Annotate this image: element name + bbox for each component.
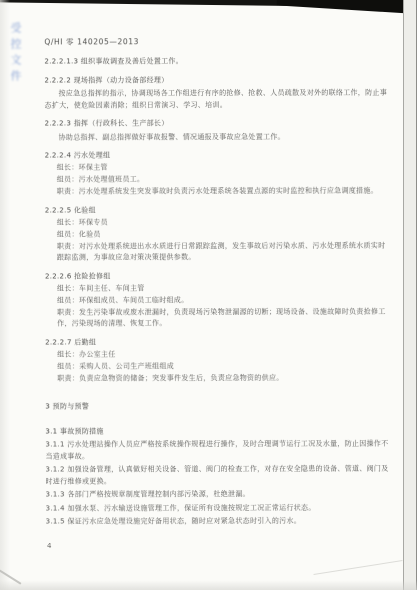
doc-line-num: 3.1.5 保证污水应急处理设施完好备用状态，随时应对紧急状态时引入的污水。 [46,516,393,528]
doc-line-p: 协助总指挥、副总指挥做好事故报警、情况通报及事故应急处置工作。 [45,131,392,143]
doc-line-li: 职责：污水处理系统发生突发事故时负责污水处理系统各装置点源的实时监控和执行应急调… [57,186,392,198]
doc-lines: 2.2.2.1.3 组织事故调查及善后处置工作。2.2.2.2 现场指挥（动力设… [44,56,392,528]
document-body: Q/HI 零 140205—2013 2.2.2.1.3 组织事故调查及善后处置… [44,36,392,528]
doc-line-num: 3.1.4 加强水泵、污水输送设施管理工作，保证所有设施按规定工况正常运行状态。 [46,502,393,514]
doc-line-li: 组员：污水处理值班员工。 [57,174,392,186]
doc-line-h: 2.2.2.7 后勤组 [45,336,392,348]
page-number: 4 [47,542,51,550]
doc-line-li: 组员：采购人员、公司生产班组组成 [57,360,392,372]
doc-line-num: 3.1.3 各部门严格按规章制度管理控制内部污染源，杜绝泄漏。 [46,489,393,501]
scan-left-shade [0,0,10,590]
doc-line-h1: 3 预防与预警 [45,401,392,413]
paper-crease-bottom-right [313,560,402,575]
doc-line-li: 组员：环保组成员、车间员工临时组成。 [57,294,392,306]
standard-code-header: Q/HI 零 140205—2013 [44,36,391,48]
doc-line-h: 2.2.2.2 现场指挥（动力设备部经理） [44,74,391,86]
scanned-page: 受控文件 Q/HI 零 140205—2013 2.2.2.1.3 组织事故调查… [0,0,417,590]
scan-corner-top-right [277,0,417,15]
doc-line-clause: 2.2.2.1.3 组织事故调查及善后处置工作。 [44,56,391,68]
doc-line-li: 职责：对污水处理系统进出水水质进行日常跟踪监测，发生事故后对污染水质、污水处理系… [57,240,392,264]
doc-line-h: 2.2.2.5 化验组 [45,204,392,216]
doc-line-h: 2.2.2.3 指挥（行政科长、生产部长） [45,118,392,130]
scan-bottom-shade [0,580,417,590]
doc-line-li: 职责：负责应急物资的储备；突发事件发生后，负责应急物资的供应。 [57,372,392,384]
doc-line-li: 组长：车间主任、车间主管 [57,282,392,294]
doc-line-h2: 3.1 事故预防措施 [45,425,392,437]
doc-line-h: 2.2.2.4 污水处理组 [45,150,392,162]
doc-line-h: 2.2.2.6 抢险抢修组 [45,270,392,282]
doc-line-li: 职责：发生污染事故或废水泄漏时，负责现场污染物泄漏源的切断；现场设备、设施故障时… [57,306,392,330]
scan-page-edge-line [403,0,404,590]
doc-line-p: 按应急总指挥的指示，协调现场各工作组进行有序的抢修、抢救、人员疏散及对外的联络工… [44,88,391,112]
doc-line-li: 组长：环保专员 [57,216,392,228]
doc-line-li: 组长：环保主管 [57,162,392,174]
doc-line-num: 3.1.2 加强设备管理，认真做好相关设备、管道、阀门的检查工作，对存在安全隐患… [45,464,392,488]
blue-control-stamp: 受控文件 [7,22,23,86]
doc-line-li: 组长：办公室主任 [57,348,392,360]
doc-line-li: 组员：化验员 [57,228,392,240]
doc-line-num: 3.1.1 污水处理站操作人员应严格按系统操作规程进行操作，及时合理调节运行工况… [45,439,392,463]
